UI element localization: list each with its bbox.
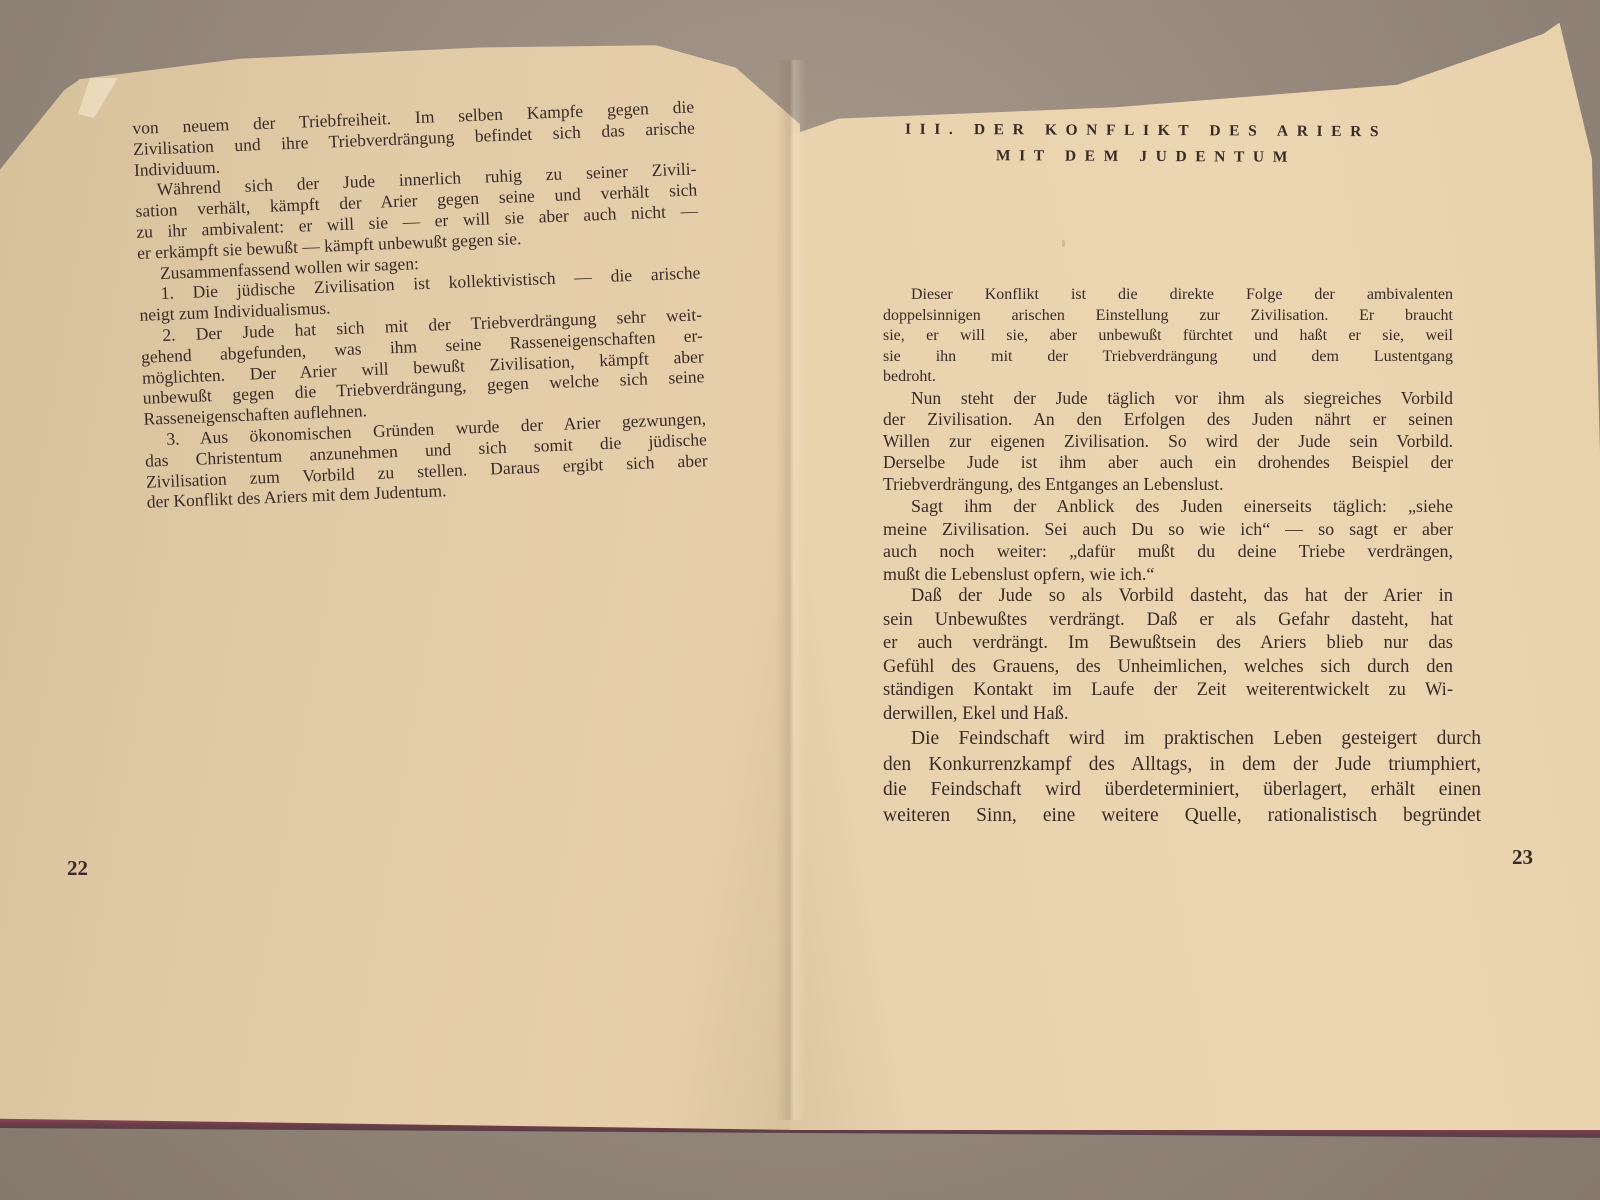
paragraph-5: Die Feindschaft wird im praktischen Lebe… bbox=[883, 726, 1481, 828]
text-line: sie, er will sie, aber unbewußt fürchtet… bbox=[883, 326, 1453, 347]
text-line: Dieser Konflikt ist die direkte Folge de… bbox=[883, 285, 1453, 306]
text-line: Daß der Jude so als Vorbild dasteht, das… bbox=[883, 585, 1453, 609]
text-line: Die Feindschaft wird im praktischen Lebe… bbox=[883, 726, 1481, 752]
paper-speck bbox=[1062, 240, 1065, 247]
text-line: der Zivilisation. An den Erfolgen des Ju… bbox=[883, 409, 1453, 431]
text-line: ständigen Kontakt im Laufe der Zeit weit… bbox=[883, 679, 1453, 703]
text-line: Triebverdrängung, des Entganges an Leben… bbox=[883, 474, 1453, 496]
page-number-right: 23 bbox=[1512, 845, 1533, 870]
page-number-left: 22 bbox=[67, 856, 88, 881]
left-page-body: von neuem der Triebfreiheit. Im selben K… bbox=[132, 96, 709, 512]
chapter-title: III. DER KONFLIKT DES ARIERS MIT DEM JUD… bbox=[876, 117, 1416, 172]
chapter-title-line-1: III. DER KONFLIKT DES ARIERS bbox=[876, 117, 1416, 146]
paragraph-2: Nun steht der Jude täglich vor ihm als s… bbox=[883, 388, 1453, 496]
photo-background: von neuem der Triebfreiheit. Im selben K… bbox=[0, 0, 1600, 1200]
text-line: die Feindschaft wird überdeterminiert, ü… bbox=[883, 777, 1481, 803]
text-line: weiteren Sinn, eine weitere Quelle, rati… bbox=[883, 803, 1481, 829]
chapter-title-line-2: MIT DEM JUDENTUM bbox=[876, 143, 1416, 172]
open-book: von neuem der Triebfreiheit. Im selben K… bbox=[0, 0, 1600, 1200]
text-line: bedroht. bbox=[883, 367, 1453, 388]
text-line: Gefühl des Grauens, des Unheimlichen, we… bbox=[883, 656, 1453, 680]
text-line: den Konkurrenzkampf des Alltags, in dem … bbox=[883, 752, 1481, 778]
text-line: mußt die Lebenslust opfern, wie ich.“ bbox=[883, 563, 1453, 586]
text-line: meine Zivilisation. Sei auch Du so wie i… bbox=[883, 518, 1453, 541]
paragraph-3: Sagt ihm der Anblick des Juden einerseit… bbox=[883, 495, 1453, 585]
text-line: doppelsinnigen arischen Einstellung zur … bbox=[883, 306, 1453, 327]
text-line: Willen zur eigenen Zivilisation. So wird… bbox=[883, 431, 1453, 453]
paragraph-1: Dieser Konflikt ist die direkte Folge de… bbox=[883, 285, 1453, 388]
text-line: derwillen, Ekel und Haß. bbox=[883, 703, 1453, 727]
text-line: sie ihn mit der Triebverdrängung und dem… bbox=[883, 347, 1453, 368]
text-line: auch noch weiter: „dafür mußt du deine T… bbox=[883, 540, 1453, 563]
text-line: Nun steht der Jude täglich vor ihm als s… bbox=[883, 388, 1453, 410]
text-line: Sagt ihm der Anblick des Juden einerseit… bbox=[883, 495, 1453, 518]
right-page-body: Dieser Konflikt ist die direkte Folge de… bbox=[883, 285, 1453, 828]
paragraph-4: Daß der Jude so als Vorbild dasteht, das… bbox=[883, 585, 1453, 726]
text-line: sein Unbewußtes verdrängt. Daß er als Ge… bbox=[883, 609, 1453, 633]
text-line: er auch verdrängt. Im Bewußtsein des Ari… bbox=[883, 632, 1453, 656]
book-gutter bbox=[776, 60, 806, 1120]
text-line: Derselbe Jude ist ihm aber auch ein droh… bbox=[883, 452, 1453, 474]
